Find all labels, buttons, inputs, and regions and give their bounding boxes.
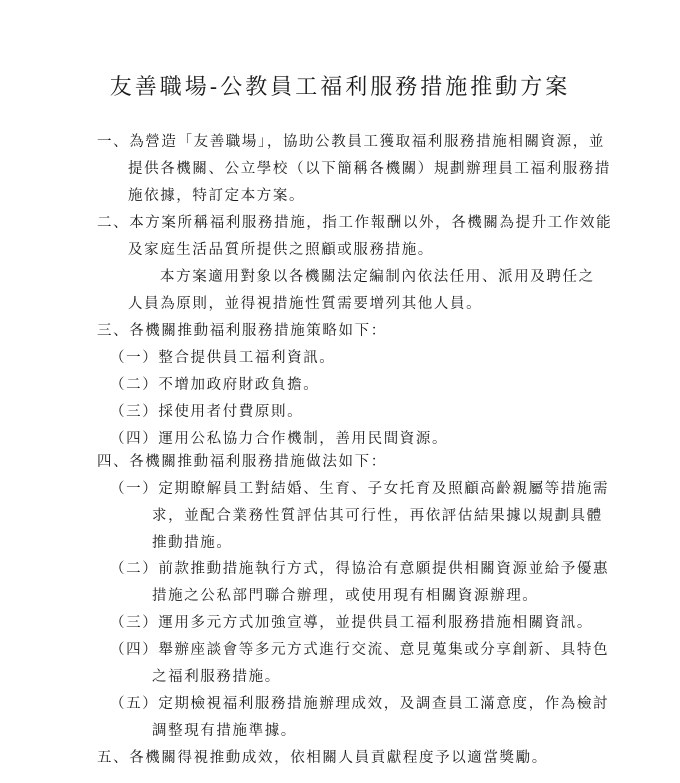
- section-heading: 各機關推動福利服務措施策略如下：: [129, 323, 387, 339]
- section-text-line: 各機關得視推動成效，依相關人員貢獻程度予以適當獎勵。: [129, 750, 548, 766]
- section-number: 一、: [97, 132, 129, 152]
- item-text-line: 定期瞭解員工對結婚、生育、子女托育及照顧高齡親屬等措施需: [158, 481, 609, 497]
- item-text-line: 整合提供員工福利資訊。: [158, 350, 335, 366]
- item-text-line: 調整現有措施準據。: [152, 721, 297, 741]
- document-title: 友善職場-公教員工福利服務措施推動方案: [0, 74, 680, 102]
- item-text-line: 採使用者付費原則。: [158, 404, 303, 420]
- section-text-line: 提供各機關、公立學校（以下簡稱各機關）規劃辦理員工福利服務措: [128, 159, 611, 179]
- section-number: 五、: [97, 748, 129, 768]
- item-text-line: 前款推動措施執行方式，得協洽有意願提供相關資源並給予優惠: [158, 561, 609, 577]
- item-text-line: 推動措施。: [152, 533, 233, 553]
- item-text-line: 措施之公私部門聯合辦理，或使用現有相關資源辦理。: [152, 586, 538, 606]
- section-heading: 各機關推動福利服務措施做法如下：: [129, 454, 387, 470]
- section-number: 二、: [97, 213, 129, 233]
- section-text-line: 為營造「友善職場」，協助公教員工獲取福利服務措施相關資源，並: [129, 134, 605, 150]
- item-number: （一）: [110, 348, 158, 368]
- section-text-line: 施依據，特訂定本方案。: [128, 186, 305, 206]
- item-text-line: 運用多元方式加強宣導，並提供員工福利服務措施相關資訊。: [158, 615, 593, 631]
- item-number: （三）: [110, 402, 158, 422]
- section-paragraph-line: 人員為原則，並得視措施性質需要增列其他人員。: [128, 294, 482, 314]
- item-number: （四）: [110, 640, 158, 660]
- item-number: （三）: [110, 613, 158, 633]
- section-paragraph-line: 本方案適用對象以各機關法定編制內依法任用、派用及聘任之: [160, 267, 595, 287]
- item-text-line: 運用公私協力合作機制，善用民間資源。: [158, 431, 448, 447]
- item-text-line: 定期檢視福利服務措施辦理成效，及調查員工滿意度，作為檢討: [158, 696, 609, 712]
- item-text-line: 舉辦座談會等多元方式進行交流、意見蒐集或分享創新、具特色: [158, 642, 609, 658]
- item-number: （一）: [110, 479, 158, 499]
- item-text-line: 之福利服務措施。: [152, 667, 281, 687]
- item-number: （五）: [110, 694, 158, 714]
- section-text-line: 本方案所稱福利服務措施，指工作報酬以外，各機關為提升工作效能: [129, 215, 612, 231]
- section-number: 三、: [97, 321, 129, 341]
- item-number: （二）: [110, 375, 158, 395]
- item-number: （四）: [110, 429, 158, 449]
- item-text-line: 不增加政府財政負擔。: [158, 377, 319, 393]
- section-text-line: 及家庭生活品質所提供之照顧或服務措施。: [128, 240, 434, 260]
- section-number: 四、: [97, 452, 129, 472]
- item-text-line: 求，並配合業務性質評估其可行性，再依評估結果據以規劃具體: [152, 506, 603, 526]
- item-number: （二）: [110, 559, 158, 579]
